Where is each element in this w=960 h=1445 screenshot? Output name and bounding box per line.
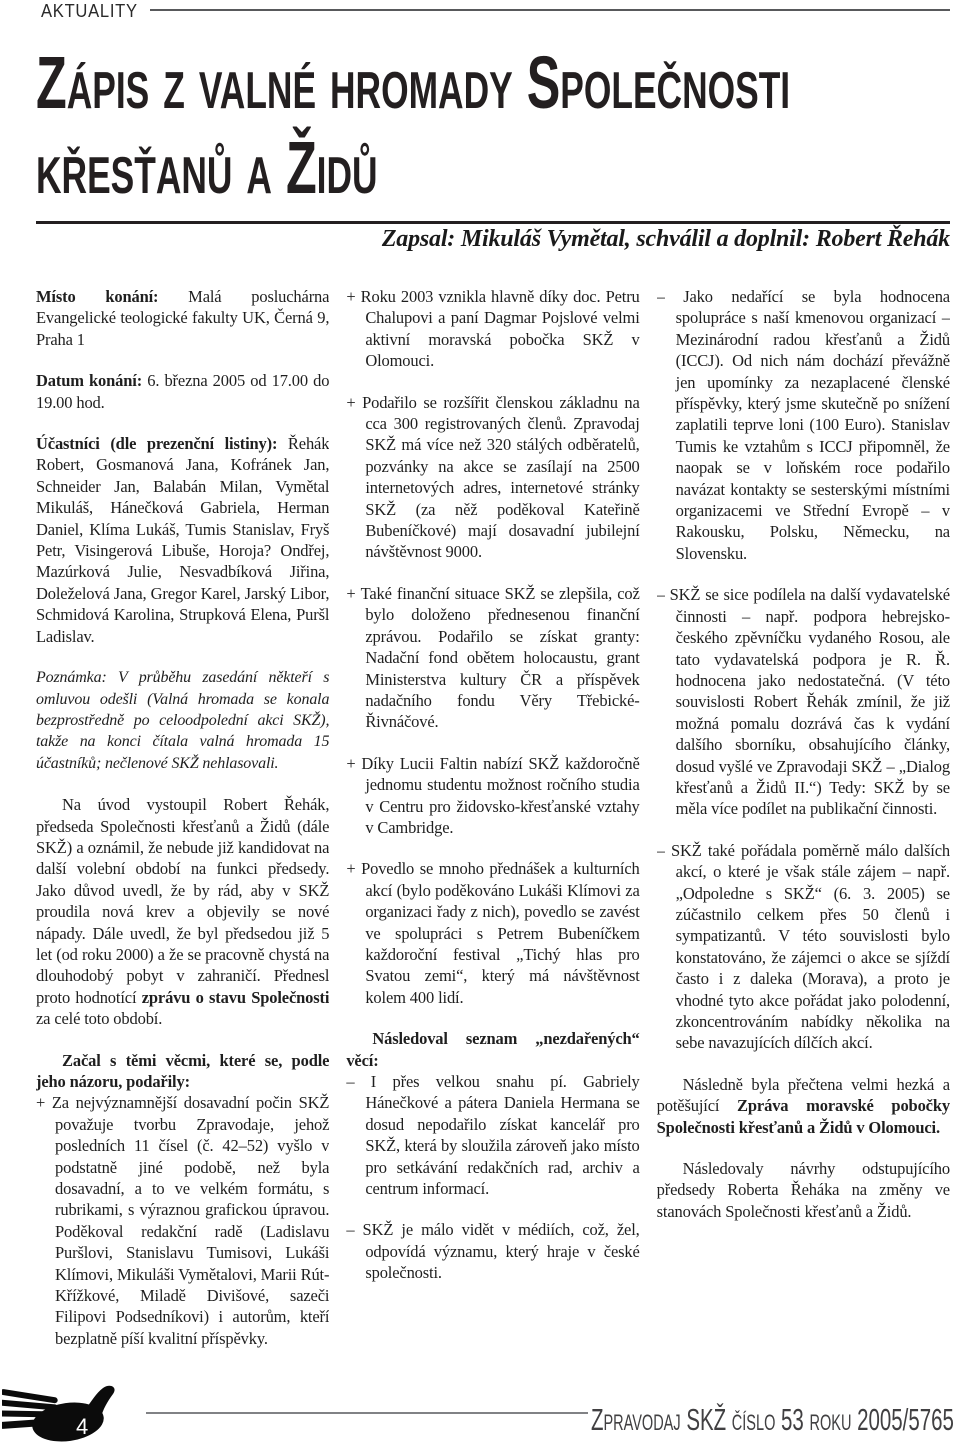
page-number: 4 (76, 1414, 88, 1440)
text-segment: Na úvod vystoupil Robert Řehák, předseda… (36, 795, 329, 1007)
bullet-marker: + (346, 859, 361, 878)
bullet-item: + Za nejvýznamnější dosavadní počin SKŽ … (36, 1092, 329, 1349)
text-segment: Poznámka: V průběhu zasedání někteří s o… (36, 669, 329, 772)
header-rule (150, 9, 950, 11)
bullet-marker: – (346, 1220, 362, 1239)
bullet-item: – SKŽ také pořádala poměrně málo dalších… (657, 840, 950, 1054)
paragraph: Začal s těmi věcmi, které se, podle jeho… (36, 1050, 329, 1093)
text-segment: SKŽ se sice podílela na další vydavatels… (670, 585, 950, 818)
text-segment: SKŽ je málo vidět v médiích, což, žel, o… (363, 1220, 640, 1282)
bullet-item: + Povedlo se mnoho přednášek a kulturníc… (346, 858, 639, 1008)
bullet-item: + Roku 2003 vznikla hlavně díky doc. Pet… (346, 286, 639, 372)
section-label: AKTUALITY (41, 1, 138, 22)
bullet-marker: + (346, 754, 361, 773)
text-segment: Za nejvýznamnější dosavadní počin SKŽ po… (52, 1093, 329, 1347)
text-segment: Následovaly návrhy odstupujícího předsed… (657, 1159, 950, 1221)
bullet-marker: + (36, 1093, 52, 1112)
paragraph: Následně byla přečtena velmi hezká a pot… (657, 1074, 950, 1138)
page-title-line1: Zápis z valné hromady Společnosti (36, 41, 790, 124)
text-segment: Začal s těmi věcmi, které se, podle jeho… (36, 1051, 329, 1091)
page-title-line2: křesťanů a Židů (36, 126, 378, 209)
paragraph: Následovaly návrhy odstupujícího předsed… (657, 1158, 950, 1222)
text-segment: zprávu o stavu Společnosti (142, 988, 330, 1007)
paragraph: Datum konání: 6. března 2005 od 17.00 do… (36, 370, 329, 413)
bullet-marker: + (346, 287, 360, 306)
bullet-item: – SKŽ se sice podílela na další vydavate… (657, 584, 950, 819)
byline: Zapsal: Mikuláš Vymětal, schválil a dopl… (382, 226, 950, 253)
text-segment: Roku 2003 vznikla hlavně díky doc. Petru… (361, 287, 640, 370)
text-segment: za celé toto období. (36, 1009, 162, 1028)
text-segment: Místo konání: (36, 287, 188, 306)
text-segment: Díky Lucii Faltin nabízí SKŽ každoročně … (361, 754, 639, 837)
text-segment: Povedlo se mnoho přednášek a kulturních … (361, 859, 640, 1006)
text-segment: I přes velkou snahu pí. Gabriely Hánečko… (365, 1072, 639, 1198)
text-segment: Jako nedařící se byla hodnocena spoluprá… (676, 287, 950, 563)
bullet-marker: + (346, 393, 362, 412)
paragraph: Poznámka: V průběhu zasedání někteří s o… (36, 667, 329, 774)
text-segment: Řehák Robert, Gosmanová Jana, Kofránek J… (36, 434, 329, 646)
bullet-item: + Díky Lucii Faltin nabízí SKŽ každoročn… (346, 753, 639, 839)
bullet-item: + Podařilo se rozšířit členskou základnu… (346, 392, 639, 563)
paragraph: Místo konání: Malá posluchárna Evangelic… (36, 286, 329, 350)
paragraph: Účastníci (dle prezenční listiny): Řehák… (36, 433, 329, 647)
title-divider (36, 221, 950, 224)
bullet-marker: – (657, 287, 684, 306)
article-body: Místo konání: Malá posluchárna Evangelic… (36, 286, 950, 1372)
bullet-item: – I přes velkou snahu pí. Gabriely Háneč… (346, 1071, 639, 1199)
bullet-item: – Jako nedařící se byla hodnocena spolup… (657, 286, 950, 564)
page-title: Zápis z valné hromady Společnostikřesťan… (36, 40, 790, 210)
text-segment: Účastníci (dle prezenční listiny): (36, 434, 288, 453)
text-segment: Také finanční situace SKŽ se zlepšila, c… (361, 584, 640, 731)
bullet-item: – SKŽ je málo vidět v médiích, což, žel,… (346, 1219, 639, 1283)
journal-footer: Zpravodaj SKŽ číslo 53 roku 2005/5765 (591, 1403, 954, 1437)
bullet-marker: – (657, 841, 671, 860)
paragraph: Následoval seznam „nezdařených“ věcí: (346, 1028, 639, 1071)
footer-rule (146, 1412, 588, 1414)
text-segment: SKŽ také pořádala poměrně málo dalších a… (671, 841, 950, 1053)
text-segment: Datum konání: (36, 371, 147, 390)
bullet-marker: – (346, 1072, 370, 1091)
column-2: + Roku 2003 vznikla hlavně díky doc. Pet… (346, 286, 639, 1372)
bullet-marker: – (657, 585, 670, 604)
dove-hand-logo-icon (2, 1381, 122, 1445)
newsletter-page: AKTUALITY Zápis z valné hromady Společno… (0, 0, 960, 1445)
paragraph: Na úvod vystoupil Robert Řehák, předseda… (36, 794, 329, 1029)
column-1: Místo konání: Malá posluchárna Evangelic… (36, 286, 329, 1372)
column-3: – Jako nedařící se byla hodnocena spolup… (657, 286, 950, 1372)
text-segment: Následoval seznam „nezdařených“ věcí: (346, 1029, 639, 1069)
text-segment: Podařilo se rozšířit členskou základnu n… (362, 393, 640, 562)
bullet-marker: + (346, 584, 360, 603)
bullet-item: + Také finanční situace SKŽ se zlepšila,… (346, 583, 639, 733)
